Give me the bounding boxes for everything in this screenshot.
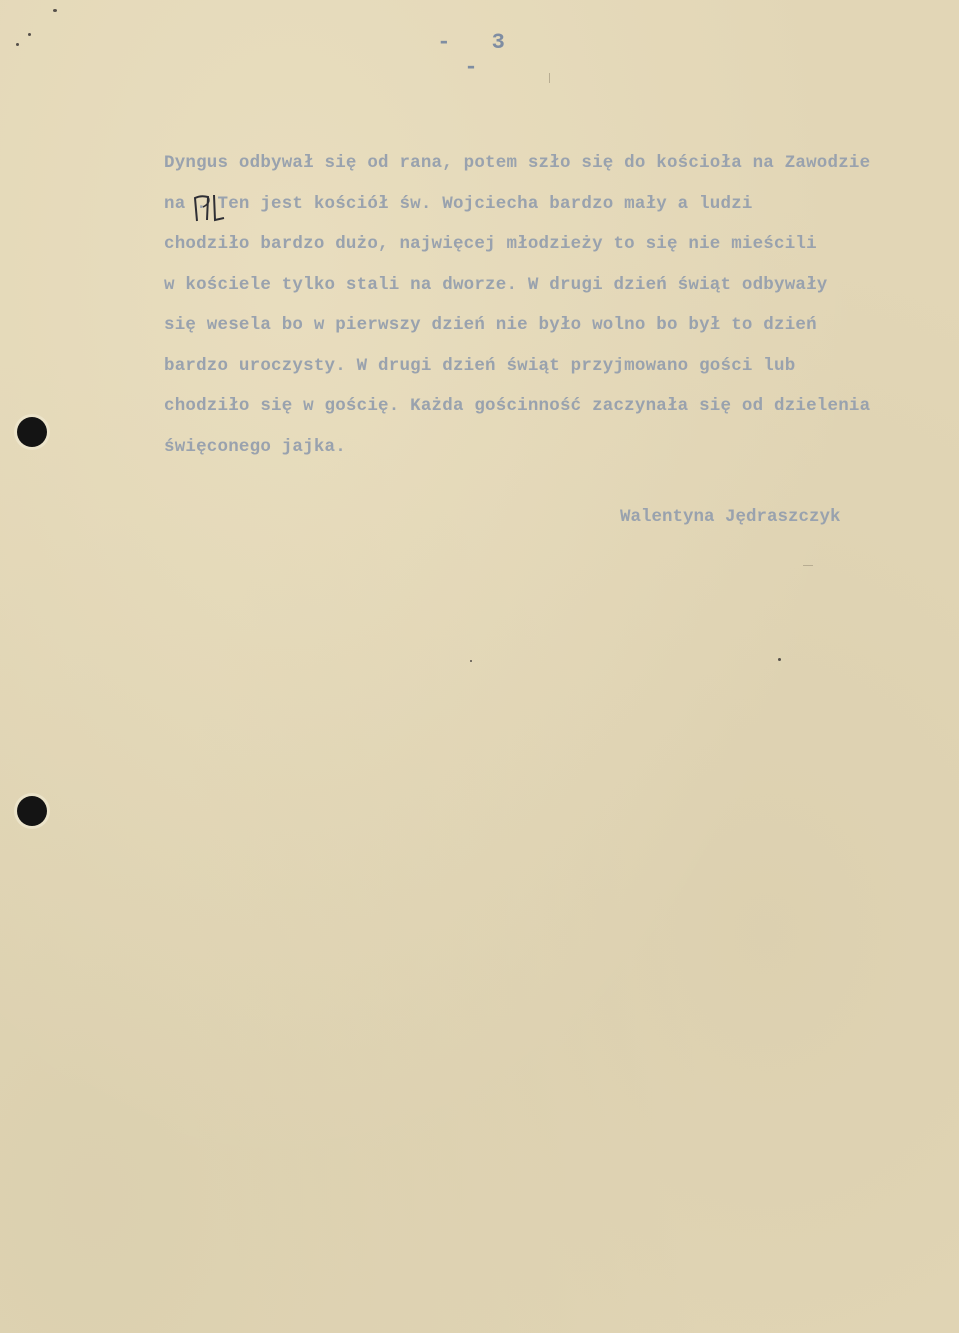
scan-speck — [53, 9, 57, 12]
paragraph-line: na . Ten jest kościół św. Wojciecha bard… — [164, 184, 954, 225]
paragraph-line: Dyngus odbywał się od rana, potem szło s… — [164, 143, 954, 184]
scan-mark — [549, 73, 550, 83]
page-number: - 3 - — [428, 30, 528, 80]
scan-mark — [803, 565, 813, 566]
paragraph-line: chodziło bardzo dużo, najwięcej młodzież… — [164, 224, 954, 265]
scan-speck — [470, 660, 472, 662]
paragraph-line: bardzo uroczysty. W drugi dzień świąt pr… — [164, 346, 954, 387]
scan-speck — [778, 658, 781, 661]
signature: Walentyna Jędraszczyk — [620, 507, 841, 527]
punch-hole — [17, 417, 47, 447]
paragraph-line: w kościele tylko stali na dworze. W drug… — [164, 265, 954, 306]
paragraph-line: chodziło się w gościę. Każda gościnność … — [164, 386, 954, 427]
scan-speck — [28, 33, 31, 36]
paragraph-line: święconego jajka. — [164, 427, 954, 468]
paragraph-line: się wesela bo w pierwszy dzień nie było … — [164, 305, 954, 346]
handwritten-bracket-mark-icon — [193, 193, 227, 223]
scan-speck — [16, 43, 19, 46]
punch-hole — [17, 796, 47, 826]
typed-paragraph: Dyngus odbywał się od rana, potem szło s… — [164, 143, 954, 467]
